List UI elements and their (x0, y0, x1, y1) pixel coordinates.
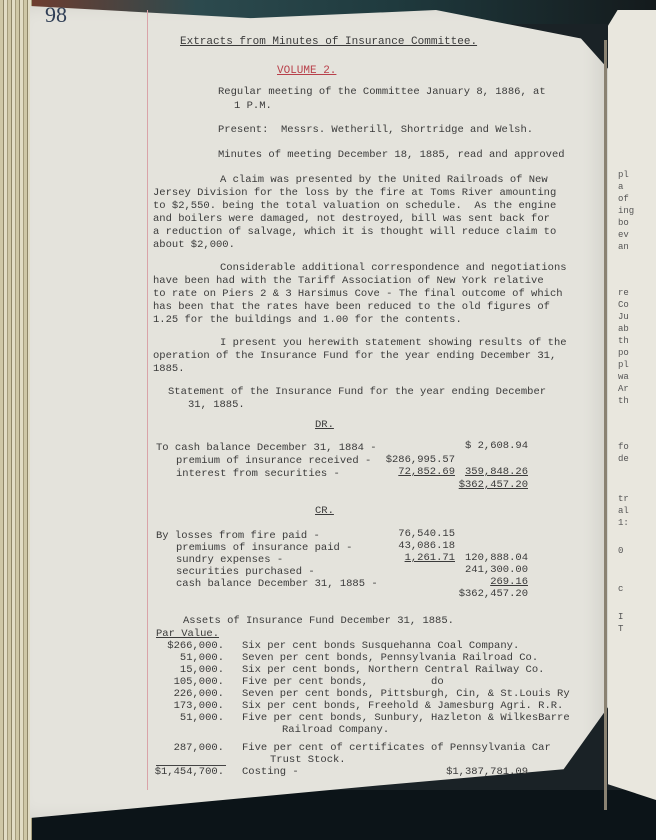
volume-label: VOLUME 2. (277, 65, 336, 77)
asset-description: Five per cent bonds, do (242, 676, 444, 688)
cr-row-label: sundry expenses - (176, 554, 283, 566)
dr-row-label: To cash balance December 31, 1884 - (156, 442, 377, 454)
text-line: about $2,000. (153, 239, 235, 251)
cr-row-col1: 76,540.15 (398, 528, 455, 540)
cr-row-col2: 269.16 (490, 576, 528, 588)
text-line: operation of the Insurance Fund for the … (153, 350, 556, 362)
cr-row-col2: 120,888.04 (465, 552, 528, 564)
right-page-fragment: th (618, 396, 629, 407)
right-page-fragment: ev (618, 230, 629, 241)
asset-amount: 173,000. (174, 700, 224, 712)
cr-row-col1: 1,261.71 (405, 552, 455, 564)
text-line: to rate on Piers 2 & 3 Harsimus Cove - T… (153, 288, 563, 300)
cr-total: $362,457.20 (459, 588, 528, 600)
right-page-fragment: ab (618, 324, 629, 335)
asset-description: Five per cent of certificates of Pennsyl… (242, 742, 551, 754)
right-page-fragment: pl (618, 170, 629, 181)
asset-amount: $266,000. (167, 640, 224, 652)
dr-row-col2: $ 2,608.94 (465, 440, 528, 452)
cr-row-label: cash balance December 31, 1885 - (176, 578, 378, 590)
right-page-fragment: Co (618, 300, 629, 311)
assets-total-par: $1,454,700. (155, 766, 224, 778)
book-gutter (604, 40, 607, 810)
document-body: Extracts from Minutes of Insurance Commi… (0, 0, 600, 840)
right-page-fragment: c (618, 584, 623, 595)
right-page-fragment: an (618, 242, 629, 253)
right-page-fragment: wa (618, 372, 629, 383)
right-page-fragment: fo (618, 442, 629, 453)
statement-title-line-2: 31, 1885. (188, 399, 245, 411)
text-line: A claim was presented by the United Rail… (220, 174, 548, 186)
right-page-fragment: re (618, 288, 629, 299)
asset-description: Six per cent bonds Susquehanna Coal Comp… (242, 640, 519, 652)
right-page-fragment: al (618, 506, 629, 517)
right-page-fragment: I (618, 612, 623, 623)
dr-row-label: premium of insurance received - (176, 455, 371, 467)
par-value-label: Par Value. (156, 628, 219, 640)
right-page-fragment: 1: (618, 518, 629, 529)
text-line: Jersey Division for the loss by the fire… (153, 187, 556, 199)
assets-title: Assets of Insurance Fund December 31, 18… (183, 615, 454, 627)
text-line: have been had with the Tariff Associatio… (153, 275, 544, 287)
right-page-fragment: T (618, 624, 623, 635)
asset-description-cont: Trust Stock. (270, 754, 346, 766)
cr-row-label: By losses from fire paid - (156, 530, 320, 542)
text-line: to $2,550. being the total valuation on … (153, 200, 556, 212)
right-page-fragment: pl (618, 360, 629, 371)
dr-row-col2: 359,848.26 (465, 466, 528, 478)
meeting-line-1: Regular meeting of the Committee January… (218, 86, 546, 98)
right-page-fragment: de (618, 454, 629, 465)
dr-row-label: interest from securities - (176, 468, 340, 480)
cr-row-label: premiums of insurance paid - (176, 542, 352, 554)
asset-amount: 51,000. (180, 712, 224, 724)
asset-description: Six per cent bonds, Freehold & Jamesburg… (242, 700, 563, 712)
present-line: Present: Messrs. Wetherill, Shortridge a… (218, 124, 533, 136)
right-page-fragment: 0 (618, 546, 623, 557)
asset-amount: 15,000. (180, 664, 224, 676)
dr-row-col1: 72,852.69 (398, 466, 455, 478)
dr-total: $362,457.20 (459, 479, 528, 491)
statement-title-line-1: Statement of the Insurance Fund for the … (168, 386, 546, 398)
right-page-fragment: bo (618, 218, 629, 229)
cr-row-col1: 43,086.18 (398, 540, 455, 552)
cr-heading: CR. (315, 505, 334, 517)
document-heading: Extracts from Minutes of Insurance Commi… (180, 36, 477, 48)
right-page (608, 10, 656, 800)
dr-row-col1: $286,995.57 (386, 454, 455, 466)
asset-description: Seven per cent bonds, Pittsburgh, Cin, &… (242, 688, 570, 700)
dr-heading: DR. (315, 419, 334, 431)
right-page-fragment: a (618, 182, 623, 193)
right-page-fragment: po (618, 348, 629, 359)
asset-amount: 51,000. (180, 652, 224, 664)
asset-amount: 287,000. (174, 742, 224, 754)
right-page-fragment: of (618, 194, 629, 205)
right-page-fragment: tr (618, 494, 629, 505)
asset-amount: 105,000. (174, 676, 224, 688)
asset-amount: 226,000. (174, 688, 224, 700)
text-line: a reduction of salvage, which it is thou… (153, 226, 556, 238)
meeting-line-2: 1 P.M. (234, 100, 272, 112)
right-page-fragment: th (618, 336, 629, 347)
asset-description: Five per cent bonds, Sunbury, Hazleton &… (242, 712, 570, 724)
costing-label: Costing - (242, 766, 299, 778)
asset-description: Seven per cent bonds, Pennsylvania Railr… (242, 652, 538, 664)
costing-value: $1,387,781.09 (446, 766, 528, 778)
text-line: has been that the rates have been reduce… (153, 301, 550, 313)
right-page-fragment: ing (618, 206, 634, 217)
right-page-fragment: Ju (618, 312, 629, 323)
text-line: and boilers were damaged, not destroyed,… (153, 213, 550, 225)
minutes-approved-line: Minutes of meeting December 18, 1885, re… (218, 149, 565, 161)
text-line: I present you herewith statement showing… (220, 337, 567, 349)
text-line: 1.25 for the buildings and 1.00 for the … (153, 314, 462, 326)
text-line: Considerable additional correspondence a… (220, 262, 567, 274)
cr-row-col2: 241,300.00 (465, 564, 528, 576)
text-line: 1885. (153, 363, 185, 375)
asset-description-cont: Railroad Company. (282, 724, 389, 736)
right-page-fragment: Ar (618, 384, 629, 395)
cr-row-label: securities purchased - (176, 566, 315, 578)
asset-description: Six per cent bonds, Northern Central Rai… (242, 664, 544, 676)
